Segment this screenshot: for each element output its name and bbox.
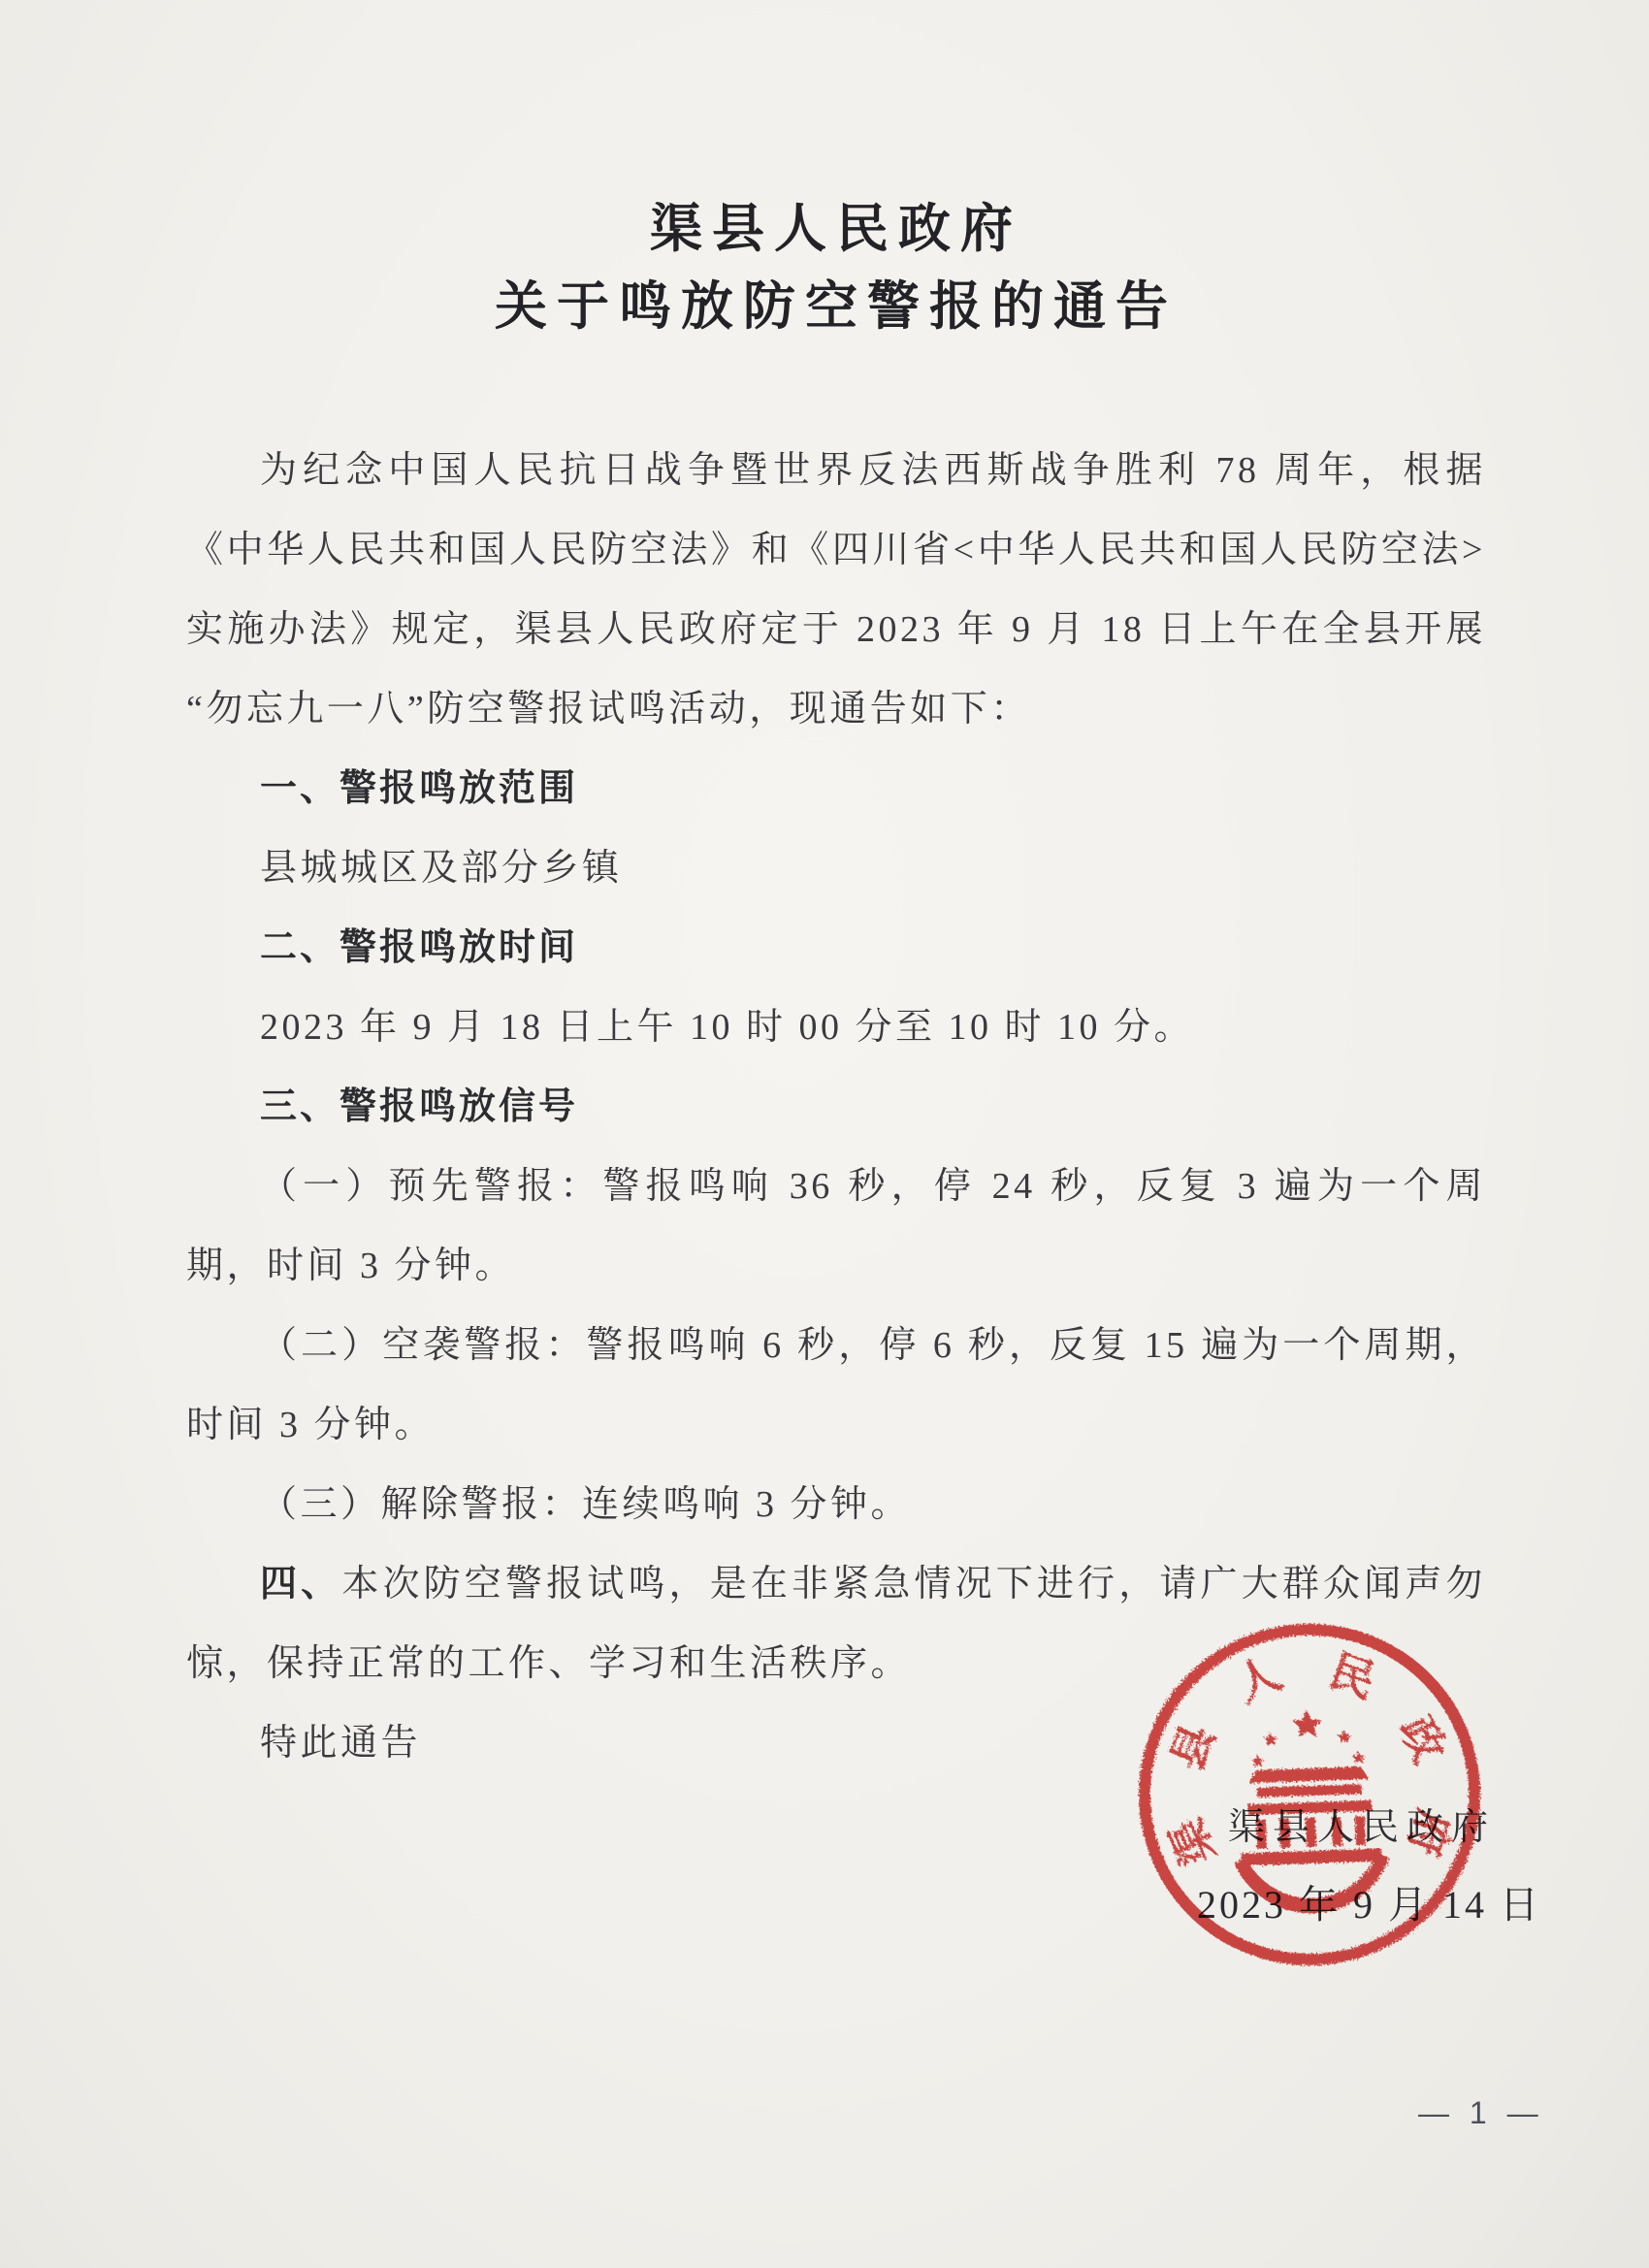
notice-body: 渠县人民政府 关于鸣放防空警报的通告 为纪念中国人民抗日战争暨世界反法西斯战争胜… — [186, 190, 1486, 1783]
section-2-text: 2023 年 9 月 18 日上午 10 时 00 分至 10 时 10 分。 — [186, 988, 1486, 1067]
section-1-text: 县城城区及部分乡镇 — [186, 828, 1486, 908]
svg-text:府: 府 — [1399, 1804, 1460, 1863]
doc-title-line1: 渠县人民政府 — [186, 190, 1486, 268]
doc-title-line2: 关于鸣放防空警报的通告 — [186, 268, 1486, 345]
official-seal: 渠县人民政府 — [1125, 1610, 1495, 1980]
page-number: — 1 — — [1418, 2095, 1544, 2131]
scanned-notice-page: 渠县人民政府 关于鸣放防空警报的通告 为纪念中国人民抗日战争暨世界反法西斯战争胜… — [0, 0, 1649, 2268]
svg-text:人: 人 — [1228, 1648, 1289, 1711]
svg-text:县: 县 — [1162, 1718, 1225, 1778]
section-3-item-3: （三）解除警报：连续鸣响 3 分钟。 — [186, 1465, 1486, 1544]
intro-paragraph: 为纪念中国人民抗日战争暨世界反法西斯战争胜利 78 周年，根据《中华人民共和国人… — [186, 431, 1486, 749]
section-3-item-2: （二）空袭警报：警报鸣响 6 秒，停 6 秒，反复 15 遍为一个周期，时间 3… — [186, 1306, 1486, 1465]
national-emblem-icon — [1229, 1706, 1391, 1916]
section-3-item-1: （一）预先警报：警报鸣响 36 秒，停 24 秒，反复 3 遍为一个周期，时间 … — [186, 1147, 1486, 1306]
section-4-label: 四、 — [260, 1564, 341, 1604]
svg-text:政: 政 — [1390, 1708, 1454, 1770]
section-2-heading: 二、警报鸣放时间 — [186, 908, 1486, 988]
section-1-heading: 一、警报鸣放范围 — [186, 749, 1486, 828]
section-3-heading: 三、警报鸣放信号 — [186, 1067, 1486, 1147]
seal-graphic: 渠县人民政府 — [1125, 1610, 1495, 1980]
svg-text:民: 民 — [1323, 1645, 1382, 1707]
svg-text:渠: 渠 — [1162, 1812, 1225, 1872]
